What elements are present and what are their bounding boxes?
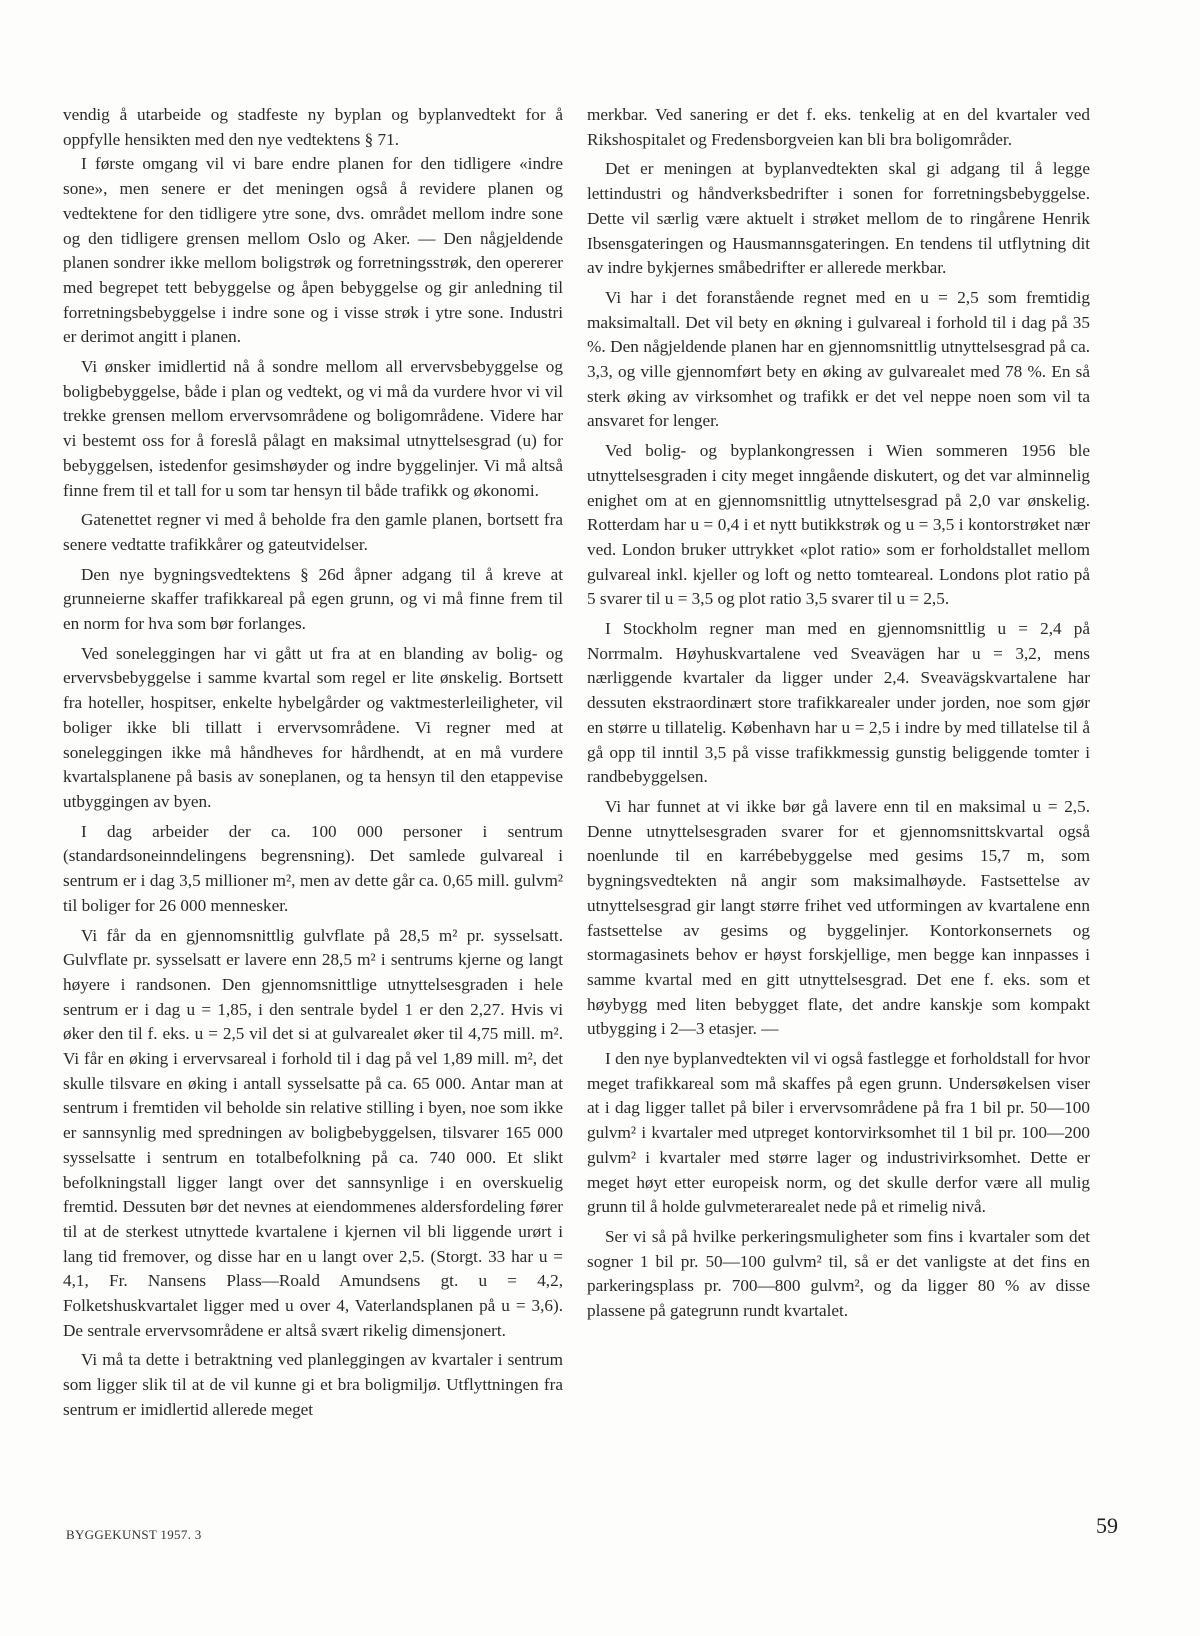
paragraph: I første omgang vil vi bare endre planen… [63, 152, 563, 350]
paragraph: Det er meningen at byplanvedtekten skal … [587, 157, 1090, 281]
paragraph: I den nye byplanvedtekten vil vi også fa… [587, 1047, 1090, 1220]
paragraph: I dag arbeider der ca. 100 000 personer … [63, 820, 563, 919]
publication-footer: BYGGEKUNST 1957. 3 [66, 1527, 202, 1543]
right-text-column: merkbar. Ved sanering er det f. eks. ten… [587, 103, 1090, 1324]
left-text-column: vendig å utarbeide og stadfeste ny bypla… [63, 103, 563, 1423]
page-number: 59 [1096, 1513, 1118, 1539]
paragraph: Vi har i det foranstående regnet med en … [587, 286, 1090, 434]
paragraph: Vi må ta dette i betraktning ved planleg… [63, 1348, 563, 1422]
paragraph: I Stockholm regner man med en gjennomsni… [587, 617, 1090, 790]
document-page: vendig å utarbeide og stadfeste ny bypla… [0, 0, 1200, 1636]
paragraph: vendig å utarbeide og stadfeste ny bypla… [63, 103, 563, 152]
paragraph: Den nye bygningsvedtektens § 26d åpner a… [63, 563, 563, 637]
paragraph: Vi har funnet at vi ikke bør gå lavere e… [587, 795, 1090, 1042]
paragraph: Gatenettet regner vi med å beholde fra d… [63, 508, 563, 557]
paragraph: Ved bolig- og byplankongressen i Wien so… [587, 439, 1090, 612]
paragraph: Vi får da en gjennomsnittlig gulvflate p… [63, 924, 563, 1344]
paragraph: Vi ønsker imidlertid nå å sondre mellom … [63, 355, 563, 503]
paragraph: Ved soneleggingen har vi gått ut fra at … [63, 642, 563, 815]
paragraph: Ser vi så på hvilke perkeringsmuligheter… [587, 1225, 1090, 1324]
paragraph: merkbar. Ved sanering er det f. eks. ten… [587, 103, 1090, 152]
